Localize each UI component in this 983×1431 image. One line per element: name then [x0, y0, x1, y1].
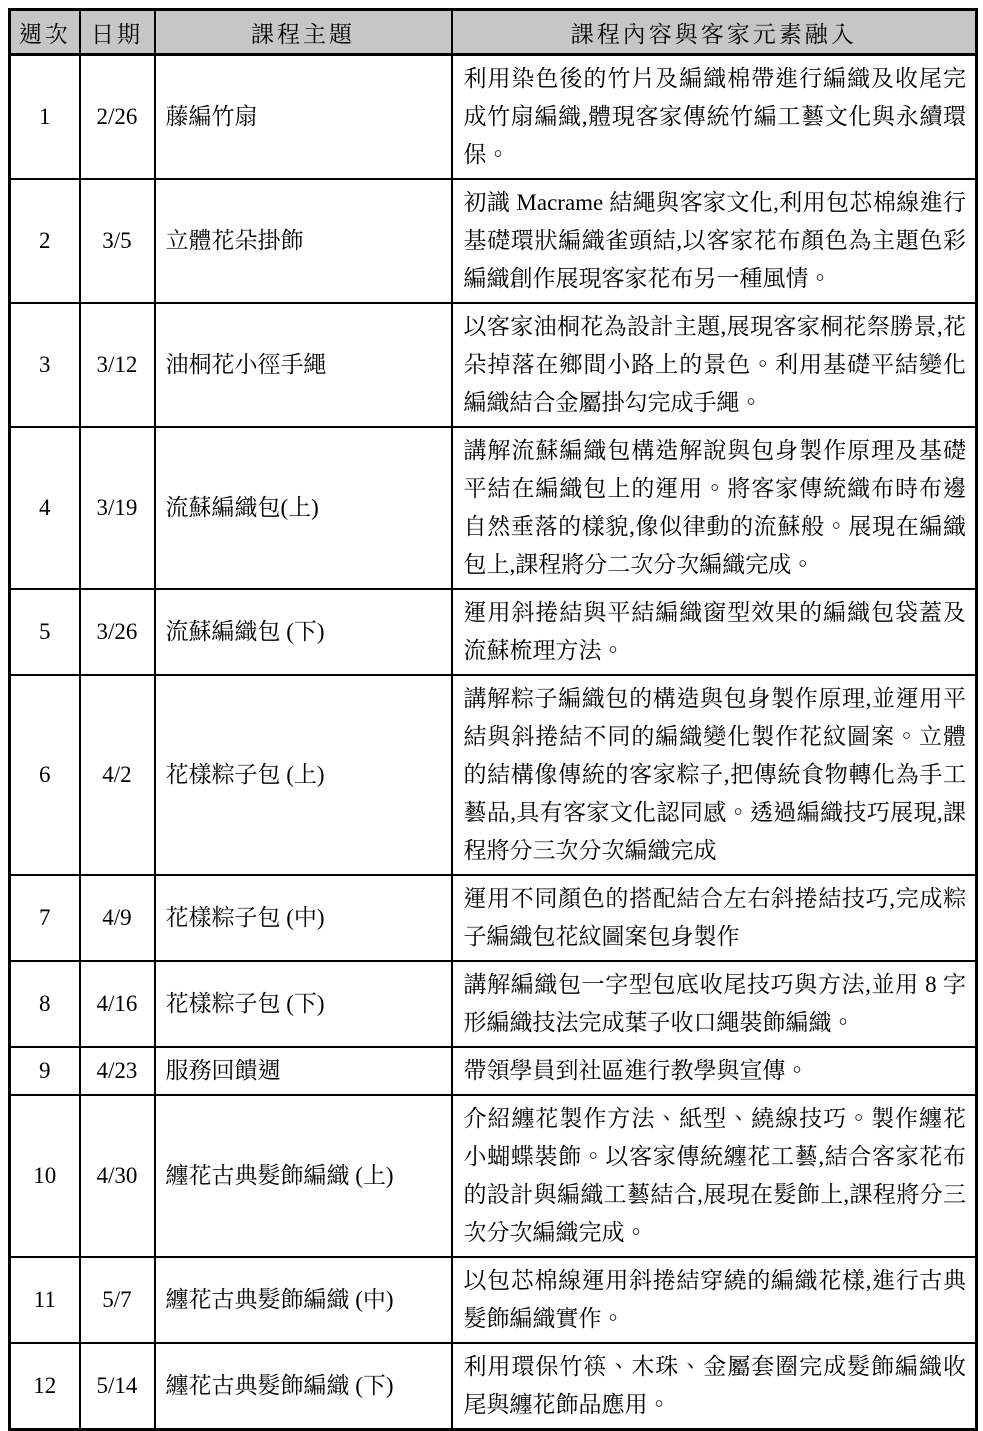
- topic-cell: 服務回饋週: [155, 1047, 452, 1095]
- week-cell: 8: [10, 961, 80, 1047]
- week-cell: 7: [10, 875, 80, 961]
- date-cell: 4/16: [80, 961, 155, 1047]
- table-row: 11 5/7 纏花古典髮飾編織 (中) 以包芯棉線運用斜捲結穿繞的編織花樣,進行…: [10, 1257, 977, 1343]
- date-cell: 4/2: [80, 675, 155, 875]
- week-cell: 2: [10, 179, 80, 303]
- content-cell: 講解流蘇編織包構造解說與包身製作原理及基礎平結在編織包上的運用。將客家傳統織布時…: [452, 427, 977, 589]
- week-cell: 11: [10, 1257, 80, 1343]
- table-row: 7 4/9 花樣粽子包 (中) 運用不同顏色的搭配結合左右斜捲結技巧,完成粽子編…: [10, 875, 977, 961]
- topic-cell: 藤編竹扇: [155, 55, 452, 180]
- topic-cell: 纏花古典髮飾編織 (上): [155, 1095, 452, 1257]
- content-cell: 初識 Macrame 結繩與客家文化,利用包芯棉線進行基礎環狀編織雀頭結,以客家…: [452, 179, 977, 303]
- date-cell: 5/7: [80, 1257, 155, 1343]
- table-row: 5 3/26 流蘇編織包 (下) 運用斜捲結與平結編織窗型效果的編織包袋蓋及流蘇…: [10, 589, 977, 675]
- week-cell: 3: [10, 303, 80, 427]
- topic-cell: 花樣粽子包 (中): [155, 875, 452, 961]
- topic-cell: 流蘇編織包(上): [155, 427, 452, 589]
- week-cell: 6: [10, 675, 80, 875]
- content-cell: 帶領學員到社區進行教學與宣傳。: [452, 1047, 977, 1095]
- date-cell: 4/9: [80, 875, 155, 961]
- date-cell: 2/26: [80, 55, 155, 180]
- header-topic: 課程主題: [155, 10, 452, 55]
- topic-cell: 流蘇編織包 (下): [155, 589, 452, 675]
- content-cell: 運用不同顏色的搭配結合左右斜捲結技巧,完成粽子編織包花紋圖案包身製作: [452, 875, 977, 961]
- topic-cell: 花樣粽子包 (上): [155, 675, 452, 875]
- content-cell: 講解粽子編織包的構造與包身製作原理,並運用平結與斜捲結不同的編織變化製作花紋圖案…: [452, 675, 977, 875]
- week-cell: 12: [10, 1343, 80, 1430]
- table-header-row: 週次 日期 課程主題 課程內容與客家元素融入: [10, 10, 977, 55]
- content-cell: 利用環保竹筷、木珠、金屬套圈完成髮飾編織收尾與纏花飾品應用。: [452, 1343, 977, 1430]
- table-row: 6 4/2 花樣粽子包 (上) 講解粽子編織包的構造與包身製作原理,並運用平結與…: [10, 675, 977, 875]
- date-cell: 5/14: [80, 1343, 155, 1430]
- content-cell: 利用染色後的竹片及編織棉帶進行編織及收尾完成竹扇編織,體現客家傳統竹編工藝文化與…: [452, 55, 977, 180]
- date-cell: 3/19: [80, 427, 155, 589]
- table-row: 10 4/30 纏花古典髮飾編織 (上) 介紹纏花製作方法、紙型、繞線技巧。製作…: [10, 1095, 977, 1257]
- content-cell: 以客家油桐花為設計主題,展現客家桐花祭勝景,花朵掉落在鄉間小路上的景色。利用基礎…: [452, 303, 977, 427]
- week-cell: 5: [10, 589, 80, 675]
- table-row: 3 3/12 油桐花小徑手繩 以客家油桐花為設計主題,展現客家桐花祭勝景,花朵掉…: [10, 303, 977, 427]
- date-cell: 3/12: [80, 303, 155, 427]
- header-week: 週次: [10, 10, 80, 55]
- content-cell: 以包芯棉線運用斜捲結穿繞的編織花樣,進行古典髮飾編織實作。: [452, 1257, 977, 1343]
- table-row: 12 5/14 纏花古典髮飾編織 (下) 利用環保竹筷、木珠、金屬套圈完成髮飾編…: [10, 1343, 977, 1430]
- date-cell: 4/23: [80, 1047, 155, 1095]
- course-schedule-table: 週次 日期 課程主題 課程內容與客家元素融入 1 2/26 藤編竹扇 利用染色後…: [8, 8, 978, 1431]
- document-page: 週次 日期 課程主題 課程內容與客家元素融入 1 2/26 藤編竹扇 利用染色後…: [0, 0, 983, 1305]
- content-cell: 運用斜捲結與平結編織窗型效果的編織包袋蓋及流蘇梳理方法。: [452, 589, 977, 675]
- topic-cell: 纏花古典髮飾編織 (中): [155, 1257, 452, 1343]
- date-cell: 4/30: [80, 1095, 155, 1257]
- header-content: 課程內容與客家元素融入: [452, 10, 977, 55]
- week-cell: 4: [10, 427, 80, 589]
- week-cell: 10: [10, 1095, 80, 1257]
- content-cell: 講解編織包一字型包底收尾技巧與方法,並用 8 字形編織技法完成葉子收口繩裝飾編織…: [452, 961, 977, 1047]
- week-cell: 1: [10, 55, 80, 180]
- topic-cell: 油桐花小徑手繩: [155, 303, 452, 427]
- header-date: 日期: [80, 10, 155, 55]
- topic-cell: 立體花朵掛飾: [155, 179, 452, 303]
- date-cell: 3/5: [80, 179, 155, 303]
- topic-cell: 花樣粽子包 (下): [155, 961, 452, 1047]
- date-cell: 3/26: [80, 589, 155, 675]
- week-cell: 9: [10, 1047, 80, 1095]
- table-row: 2 3/5 立體花朵掛飾 初識 Macrame 結繩與客家文化,利用包芯棉線進行…: [10, 179, 977, 303]
- topic-cell: 纏花古典髮飾編織 (下): [155, 1343, 452, 1430]
- table-row: 8 4/16 花樣粽子包 (下) 講解編織包一字型包底收尾技巧與方法,並用 8 …: [10, 961, 977, 1047]
- table-row: 9 4/23 服務回饋週 帶領學員到社區進行教學與宣傳。: [10, 1047, 977, 1095]
- table-row: 1 2/26 藤編竹扇 利用染色後的竹片及編織棉帶進行編織及收尾完成竹扇編織,體…: [10, 55, 977, 180]
- content-cell: 介紹纏花製作方法、紙型、繞線技巧。製作纏花小蝴蝶裝飾。以客家傳統纏花工藝,結合客…: [452, 1095, 977, 1257]
- table-row: 4 3/19 流蘇編織包(上) 講解流蘇編織包構造解說與包身製作原理及基礎平結在…: [10, 427, 977, 589]
